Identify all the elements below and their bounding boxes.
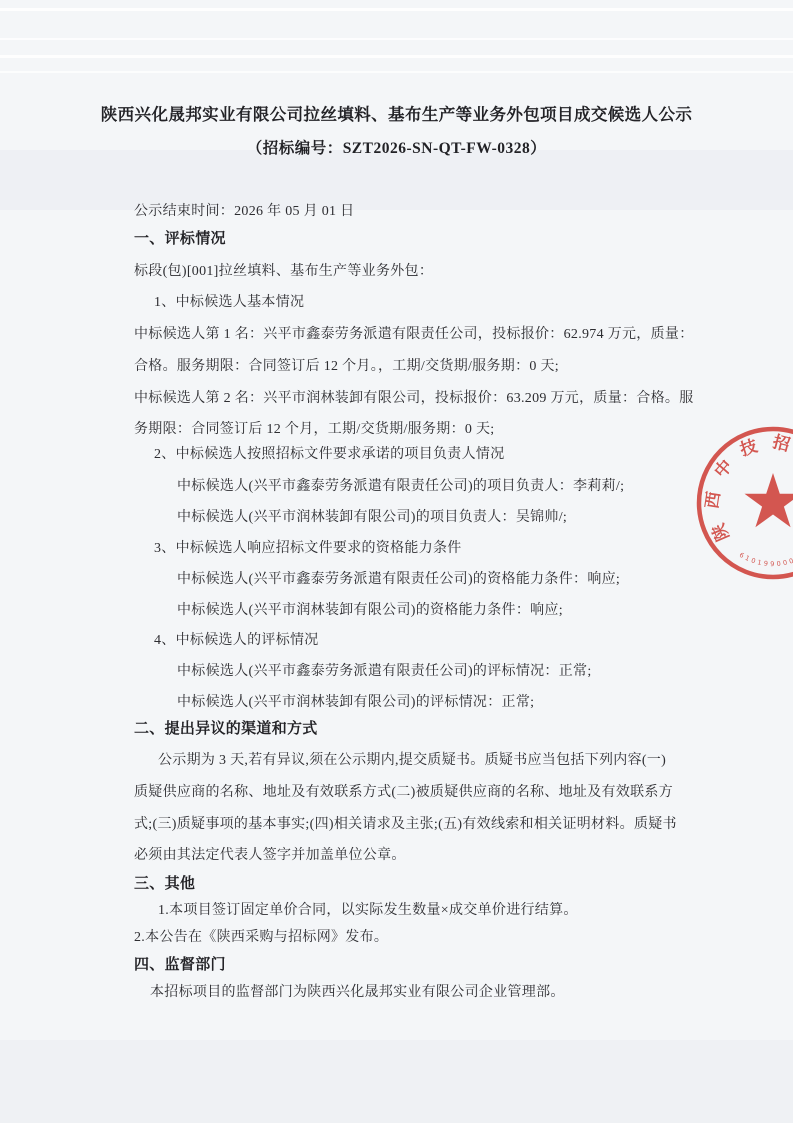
scanned-document-page: 陕西兴化晟邦实业有限公司拉丝填料、基布生产等业务外包项目成交候选人公示 （招标编… [0, 0, 793, 1123]
item2-title: 2、中标候选人按照招标文件要求承诺的项目负责人情况 [154, 445, 505, 465]
section3-heading: 三、其他 [134, 874, 195, 894]
scan-streak [0, 8, 793, 11]
objection-para-line4: 必须由其法定代表人签字并加盖单位公章。 [134, 846, 406, 866]
svg-text:陕西中技招标: 陕西中技招标 [702, 431, 793, 544]
scan-streak [0, 38, 793, 40]
section1-heading: 一、评标情况 [134, 229, 226, 249]
tender-number: （招标编号：SZT2026-SN-QT-FW-0328） [0, 136, 793, 158]
evaluation-line1: 中标候选人(兴平市鑫泰劳务派遣有限责任公司)的评标情况：正常; [177, 662, 592, 682]
candidate1-info-line2: 合格。服务期限：合同签订后 12 个月。，工期/交货期/服务期：0 天; [134, 357, 559, 377]
section2-heading: 二、提出异议的渠道和方式 [134, 719, 318, 739]
objection-para-line1: 公示期为 3 天,若有异议,须在公示期内,提交质疑书。质疑书应当包括下列内容(一… [158, 751, 666, 771]
other-item2: 2.本公告在《陕西采购与招标网》发布。 [134, 928, 388, 948]
qualification-line1: 中标候选人(兴平市鑫泰劳务派遣有限责任公司)的资格能力条件：响应; [177, 570, 620, 590]
section4-heading: 四、监督部门 [134, 955, 226, 975]
evaluation-line2: 中标候选人(兴平市润林装卸有限公司)的评标情况：正常; [177, 693, 534, 713]
document-title: 陕西兴化晟邦实业有限公司拉丝填料、基布生产等业务外包项目成交候选人公示 [0, 101, 793, 125]
objection-para-line2: 质疑供应商的名称、地址及有效联系方式(二)被质疑供应商的名称、地址及有效联系方 [134, 783, 673, 803]
svg-text:6101990001: 6101990001 [738, 551, 793, 568]
other-item1: 1.本项目签订固定单价合同，以实际发生数量×成交单价进行结算。 [158, 901, 578, 921]
scan-streak [0, 71, 793, 73]
candidate2-info-line2: 务期限：合同签订后 12 个月，工期/交货期/服务期：0 天; [134, 420, 494, 440]
item1-title: 1、中标候选人基本情况 [154, 293, 304, 313]
supervision-body: 本招标项目的监督部门为陕西兴化晟邦实业有限公司企业管理部。 [150, 983, 565, 1003]
seal-arc-text: 陕西中技招标 [702, 431, 793, 544]
project-manager-line1: 中标候选人(兴平市鑫泰劳务派遣有限责任公司)的项目负责人：李莉莉/; [177, 477, 624, 497]
red-official-seal: 陕西中技招标 6101990001 [660, 380, 793, 620]
seal-star-icon [745, 473, 793, 527]
objection-para-line3: 式;(三)质疑事项的基本事实;(四)相关请求及主张;(五)有效线索和相关证明材料… [134, 815, 677, 835]
scan-band [0, 150, 793, 210]
candidate2-info-line1: 中标候选人第 2 名：兴平市润林装卸有限公司，投标报价：63.209 万元，质量… [134, 389, 694, 409]
candidate1-info-line1: 中标候选人第 1 名：兴平市鑫泰劳务派遣有限责任公司，投标报价：62.974 万… [134, 325, 694, 345]
scan-band [0, 1040, 793, 1123]
item4-title: 4、中标候选人的评标情况 [154, 631, 319, 651]
project-manager-line2: 中标候选人(兴平市润林装卸有限公司)的项目负责人：吴锦帅/; [177, 508, 567, 528]
seal-serial-number: 6101990001 [738, 551, 793, 568]
qualification-line2: 中标候选人(兴平市润林装卸有限公司)的资格能力条件：响应; [177, 601, 563, 621]
scan-streak [0, 55, 793, 58]
lot-description: 标段(包)[001]拉丝填料、基布生产等业务外包： [134, 262, 433, 282]
item3-title: 3、中标候选人响应招标文件要求的资格能力条件 [154, 539, 462, 559]
publicity-end-time: 公示结束时间：2026 年 05 月 01 日 [134, 202, 354, 222]
